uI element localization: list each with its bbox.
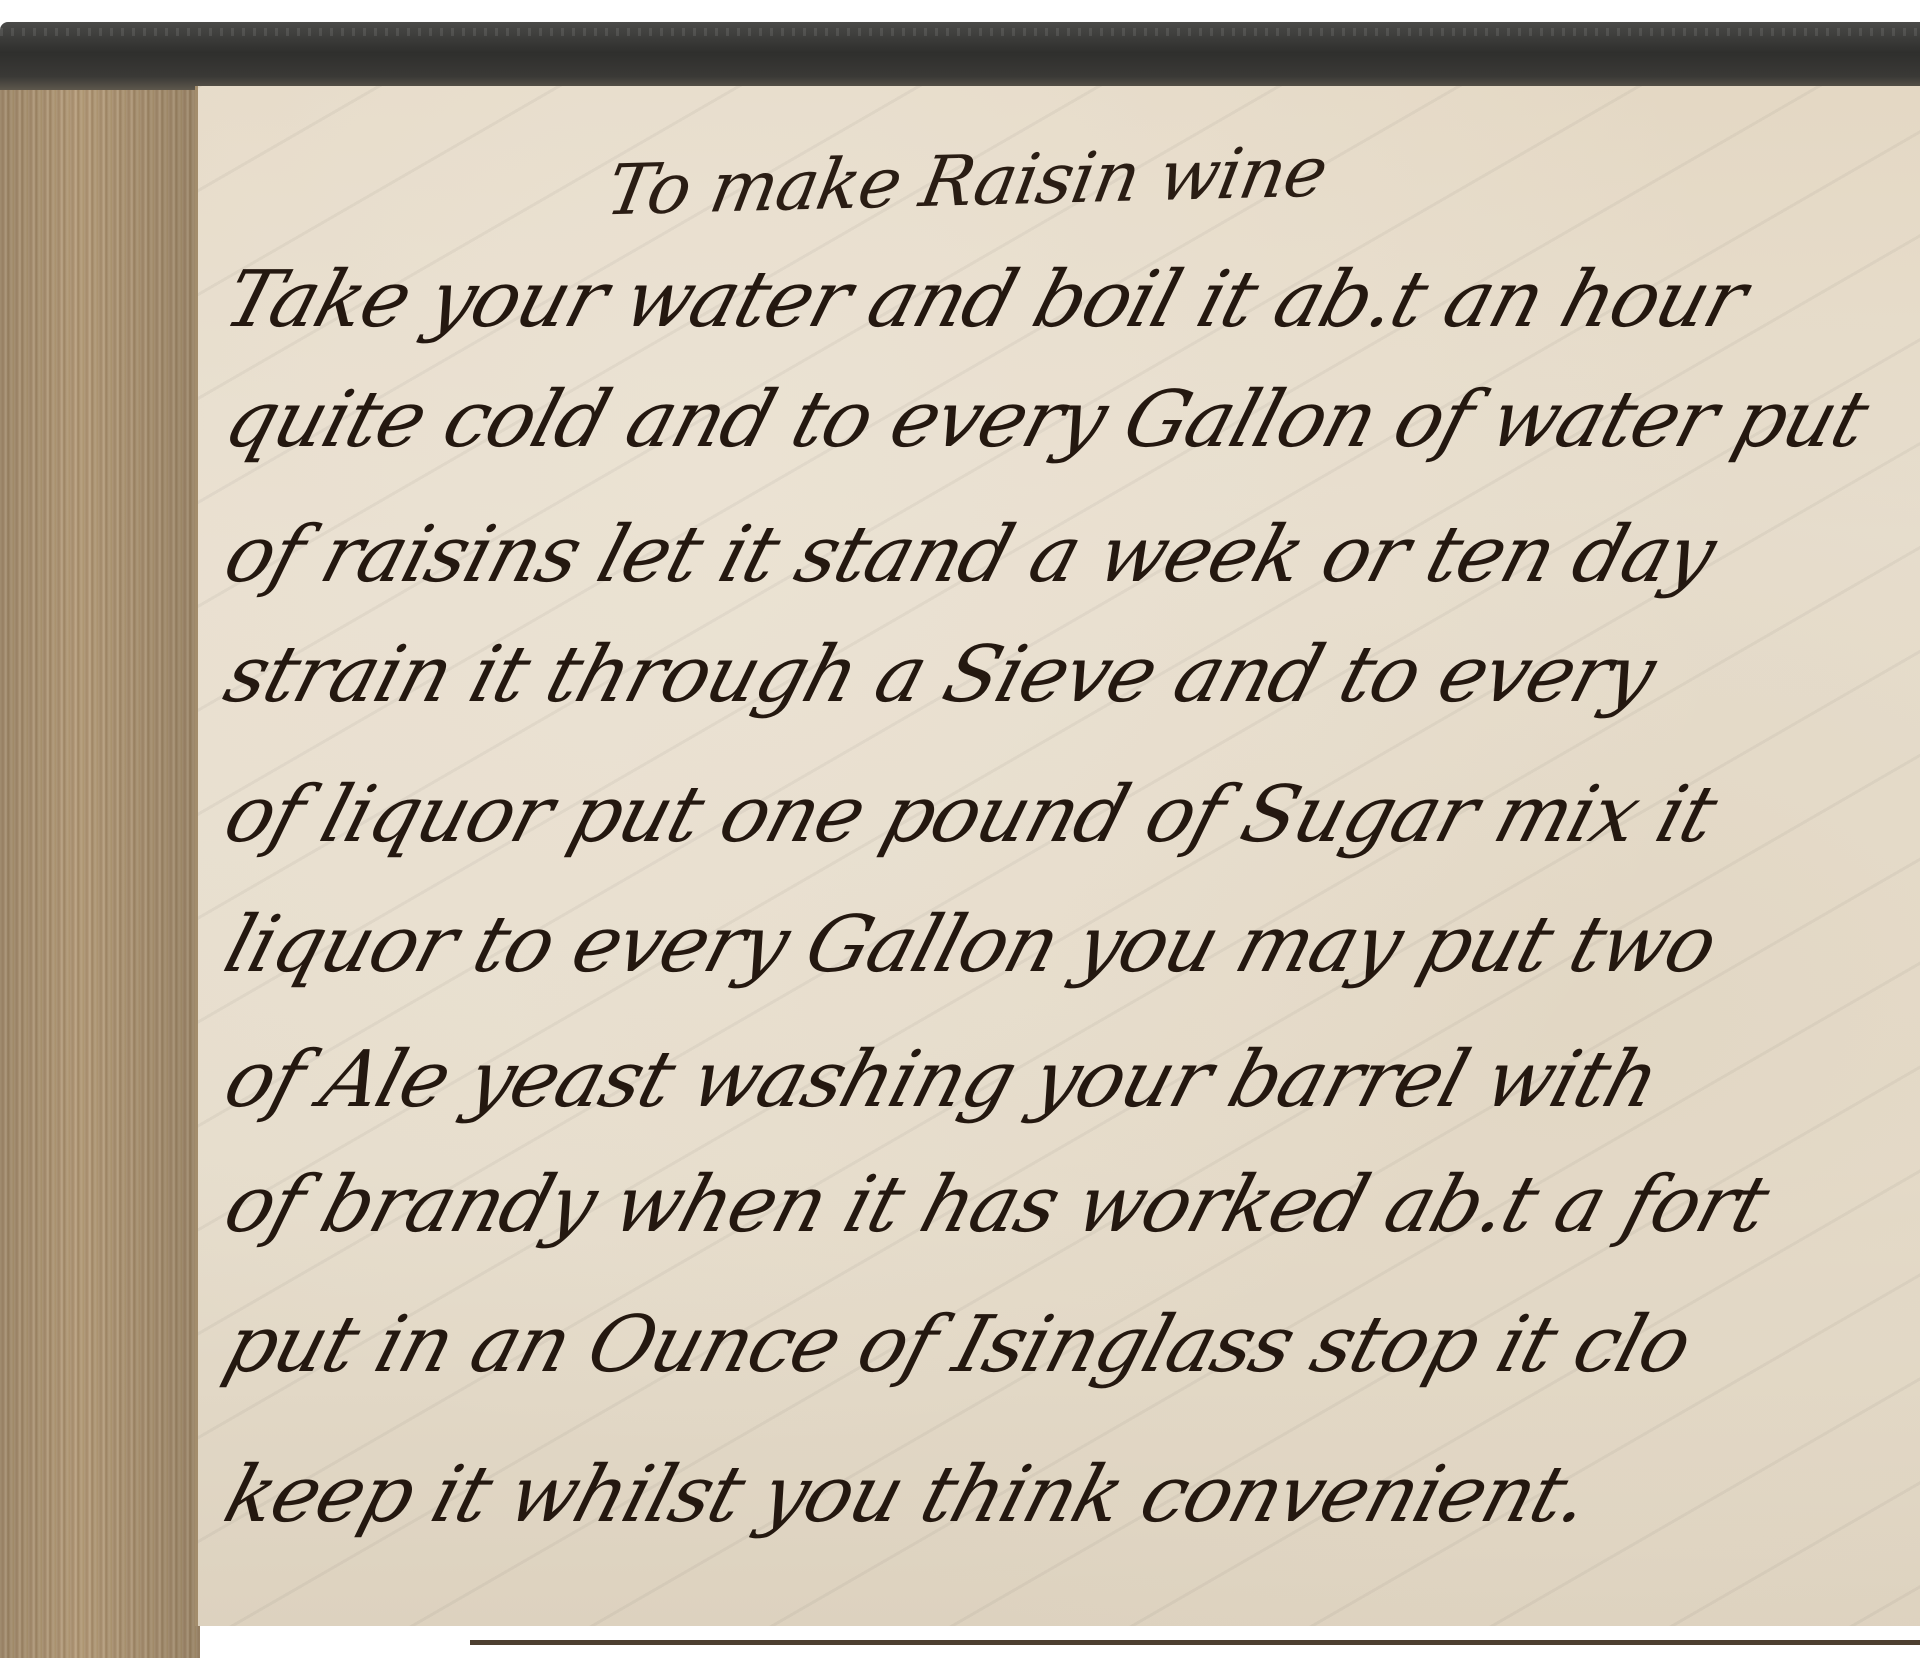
- book-fore-edge: [0, 90, 200, 1658]
- manuscript-line: of brandy when it has worked ab.t a fort: [215, 1160, 1777, 1250]
- manuscript-line: put in an Ounce of Isinglass stop it clo: [215, 1300, 1700, 1390]
- book-binding: [0, 22, 1920, 90]
- manuscript-line: of raisins let it stand a week or ten da…: [215, 510, 1724, 600]
- manuscript-line: strain it through a Sieve and to every: [215, 630, 1664, 720]
- manuscript-line: of Ale yeast washing your barrel with: [215, 1035, 1668, 1125]
- manuscript-line: keep it whilst you think convenient.: [215, 1450, 1599, 1540]
- manuscript-line: quite cold and to every Gallon of water …: [215, 375, 1877, 465]
- page-bottom-edge: [470, 1640, 1920, 1645]
- manuscript-line: of liquor put one pound of Sugar mix it: [215, 770, 1725, 860]
- manuscript-line: Take your water and boil it ab.t an hour: [215, 255, 1755, 345]
- manuscript-line: liquor to every Gallon you may put two: [215, 900, 1726, 990]
